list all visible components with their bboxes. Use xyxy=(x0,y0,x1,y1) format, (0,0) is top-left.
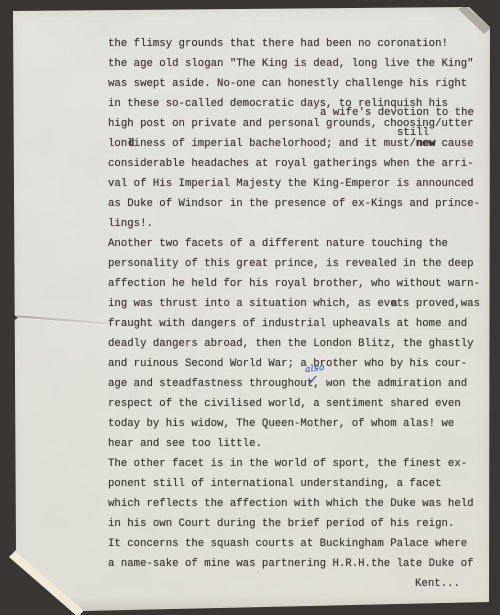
typed-line: today by his widow, The Queen-Mother, of… xyxy=(108,418,454,430)
typed-line: as Duke of Windsor in the presence of ex… xyxy=(108,198,480,210)
typed-line: It concerns the squash courts at Bucking… xyxy=(108,538,467,550)
typed-line: considerable headaches at royal gatherin… xyxy=(108,158,474,170)
typed-line: fraught with dangers of industrial uphea… xyxy=(108,318,467,330)
typed-line: age and steadfastness throughout, won th… xyxy=(108,378,467,390)
typed-line: Another two facets of a different nature… xyxy=(108,238,448,250)
typed-line: affection he held for his royal brother,… xyxy=(108,278,480,290)
typed-line: Kent... xyxy=(415,578,460,590)
overstruck-character: ld xyxy=(127,138,133,150)
typewritten-page: the flimsy grounds that there had been n… xyxy=(0,0,500,615)
typed-line: deadly dangers abroad, then the London B… xyxy=(108,338,474,350)
typed-line: lonldiness of imperial bachelorhood; and… xyxy=(108,138,474,150)
typed-line: lings!. xyxy=(108,218,153,230)
typed-line: hear and see too little. xyxy=(108,438,262,450)
overstruck-character: ea xyxy=(390,298,396,310)
typed-line: The other facet is in the world of sport… xyxy=(108,458,467,470)
overtyped-word: new xyxy=(416,138,435,150)
typed-line: in his own Court during the brief period… xyxy=(108,518,454,530)
photo-backdrop: the flimsy grounds that there had been n… xyxy=(0,0,500,615)
typed-line: which reflects the affection with which … xyxy=(108,498,474,510)
typed-line: the age old slogan "The King is dead, lo… xyxy=(108,58,474,70)
typed-line: val of His Imperial Majesty the King-Emp… xyxy=(108,178,474,190)
handwritten-annotation: also xyxy=(304,363,325,375)
typed-line: respect of the civilised world, a sentim… xyxy=(108,398,461,410)
typed-line: personality of this great prince, is rev… xyxy=(108,258,474,270)
typed-line: the flimsy grounds that there had been n… xyxy=(108,38,448,50)
typed-line: a name-sake of mine was partnering H.R.H… xyxy=(108,558,474,570)
typed-line: ponent still of international understand… xyxy=(108,478,442,490)
typed-line: ing was thrust into a situation which, a… xyxy=(108,298,480,310)
typed-line: and ruinous Second World War; a brother … xyxy=(108,358,467,370)
typed-text-block: the flimsy grounds that there had been n… xyxy=(0,0,500,615)
typed-line: was swept aside. No-one can honestly cha… xyxy=(108,78,467,90)
